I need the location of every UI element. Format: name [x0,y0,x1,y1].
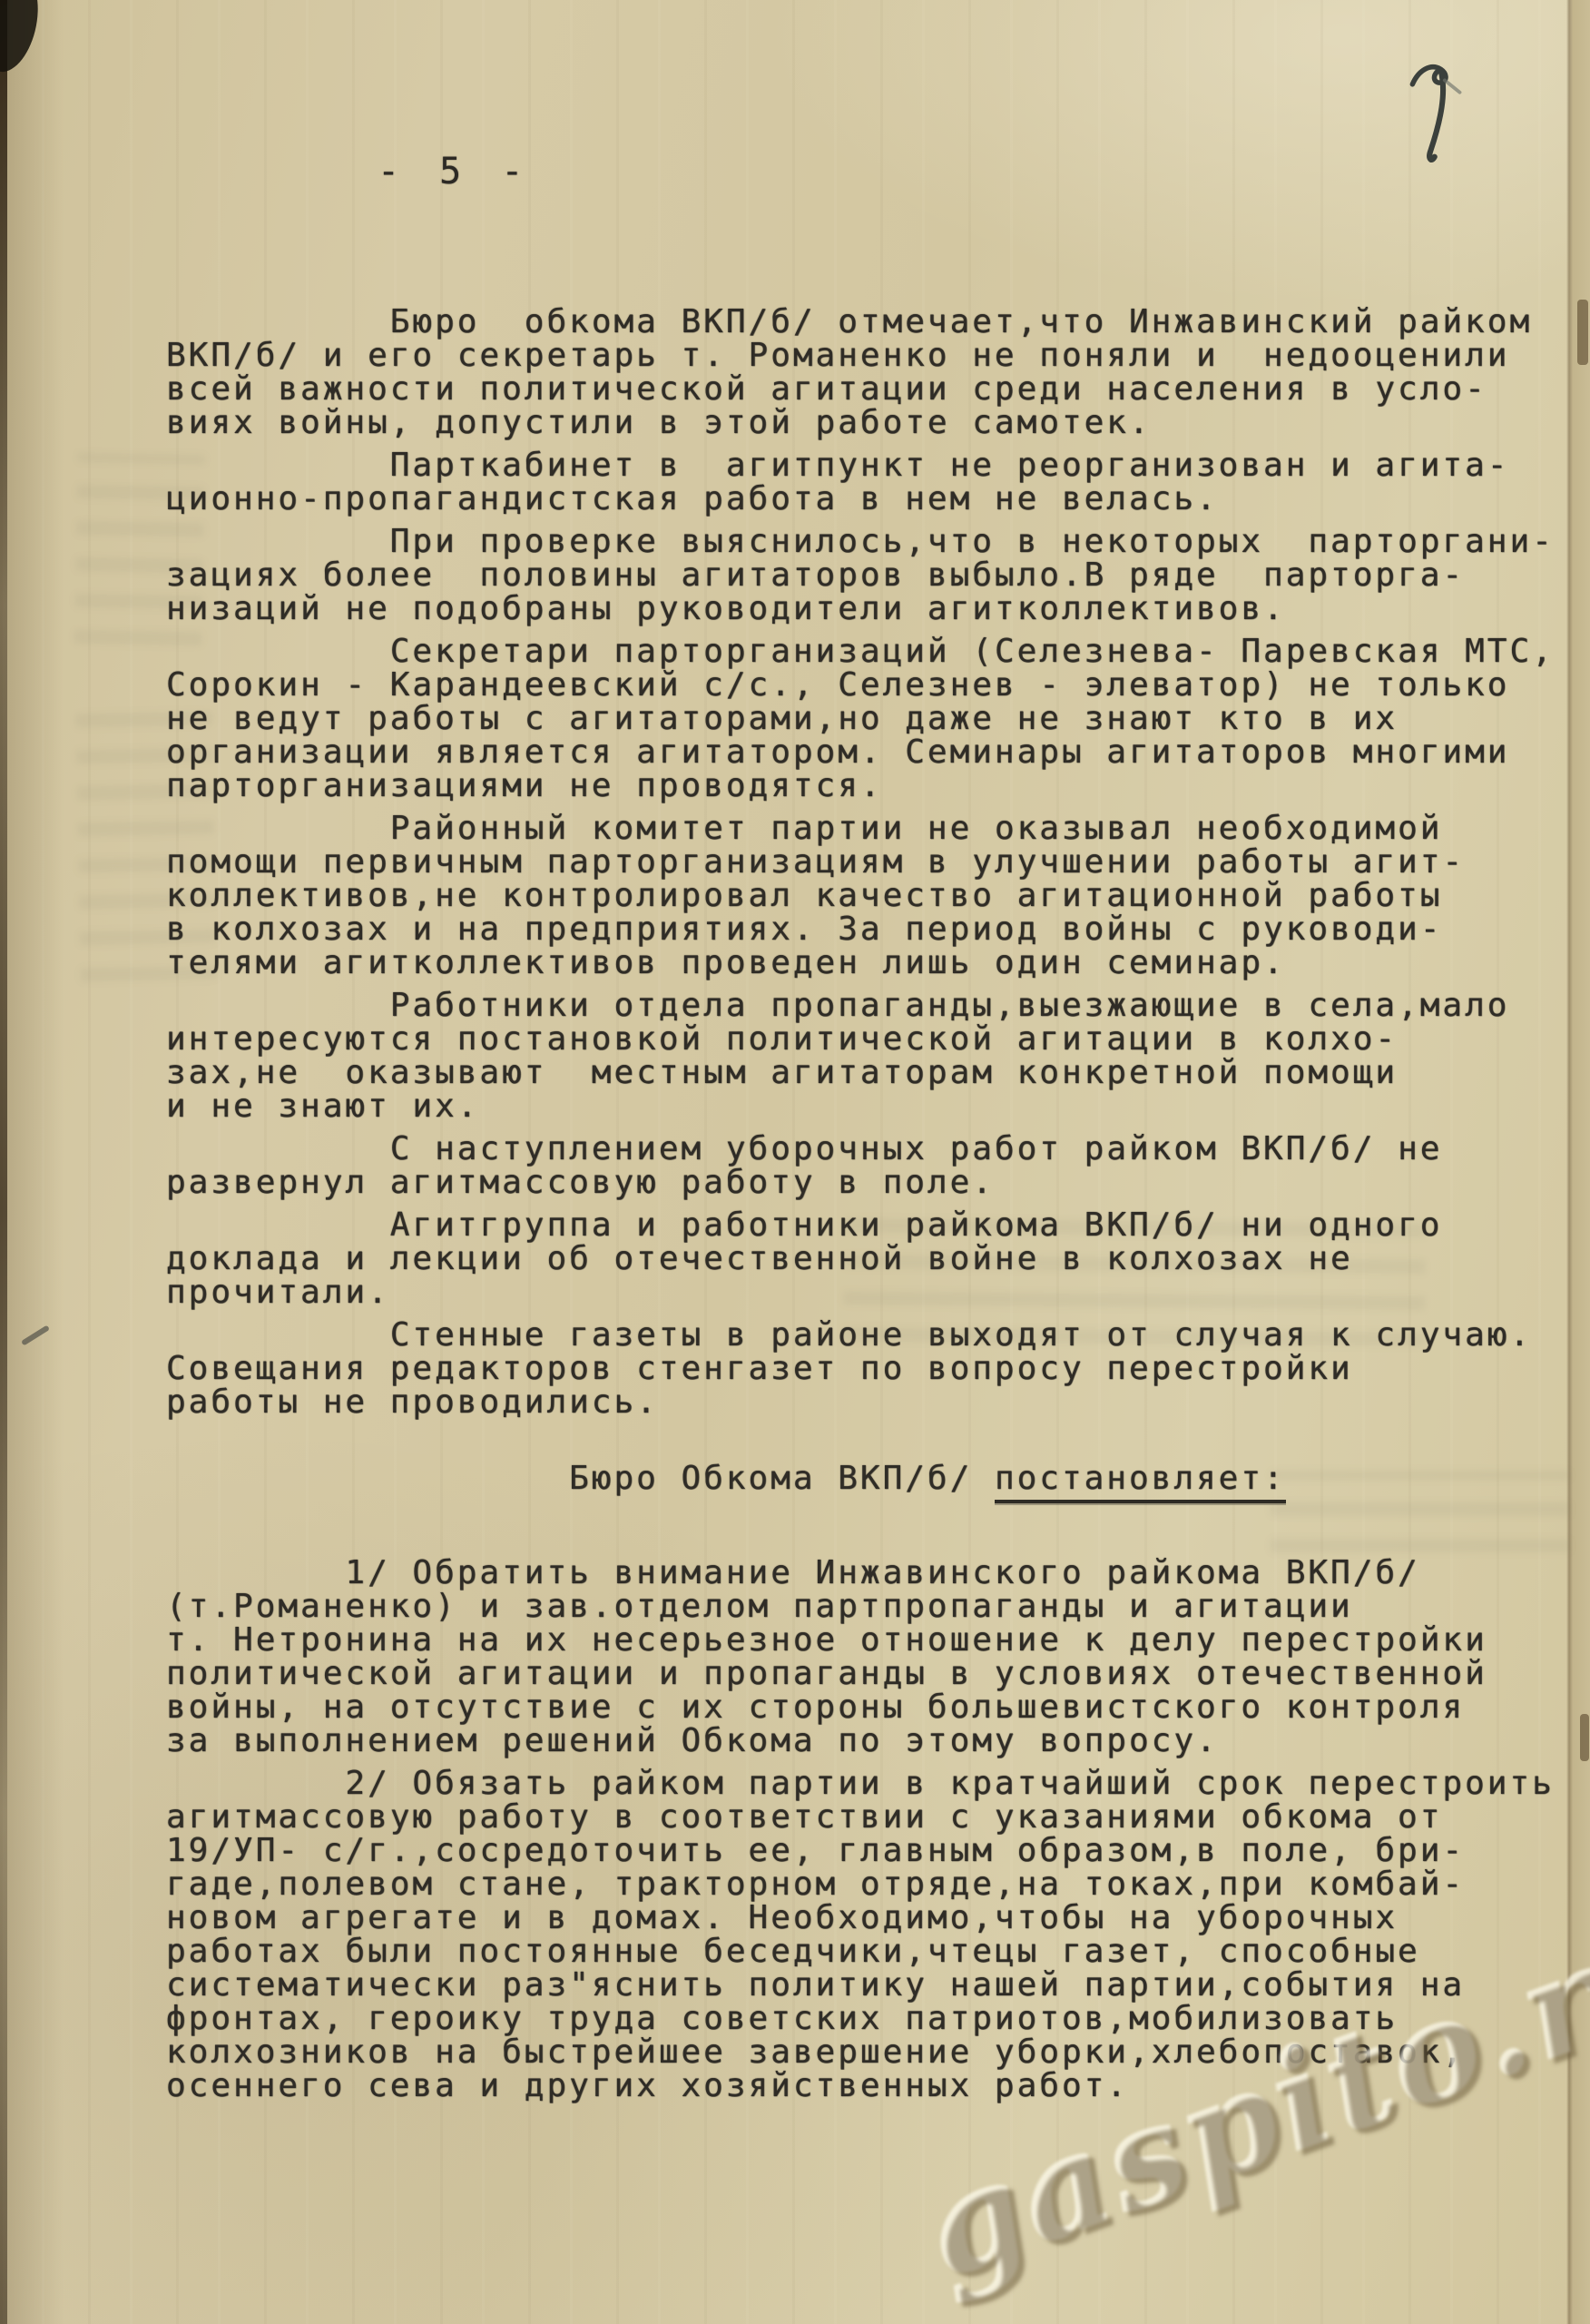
typewritten-text-block: Бюро обкома ВКП/б/ отмечает,что Инжавинс… [166,305,1587,2112]
scan-edge-left-strip [0,0,7,2324]
scan-edge-left-shading [0,0,64,2324]
page-number: - 5 - [378,151,532,192]
paragraph-wall-newspapers: Стенные газеты в районе выходят от случа… [166,1318,1587,1419]
paragraph-bureau-notes: Бюро обкома ВКП/б/ отмечает,что Инжавинс… [166,305,1587,439]
paragraph-harvest-work: С наступлением уборочных работ райком ВК… [166,1132,1587,1199]
paragraph-secretaries: Секретари парторганизаций (Селезнева- Па… [166,635,1587,803]
paragraph-district-committee: Районный комитет партии не оказывал необ… [166,812,1587,980]
paragraph-partkabinet: Парткабинет в агитпункт не реорганизован… [166,448,1587,516]
paragraph-agitgroup: Агитгруппа и работники райкома ВКП/б/ ни… [166,1208,1587,1309]
resolution-heading-underlined: постановляет: [995,1460,1286,1503]
resolution-heading: Бюро Обкома ВКП/б/ постановляет: [166,1428,1587,1529]
handwritten-page-number-7 [1405,58,1468,169]
paragraph-propaganda-workers: Работники отдела пропаганды,выезжающие в… [166,989,1587,1123]
resolution-heading-prefix: Бюро Обкома ВКП/б/ [300,1460,995,1497]
scanned-document-page: - 5 - Бюро обкома ВКП/б/ отмечает,что Ин… [0,0,1590,2324]
paragraph-inspection: При проверке выяснилось,что в некоторых … [166,525,1587,625]
resolution-item-1: 1/ Обратить внимание Инжавинского райком… [166,1556,1587,1758]
